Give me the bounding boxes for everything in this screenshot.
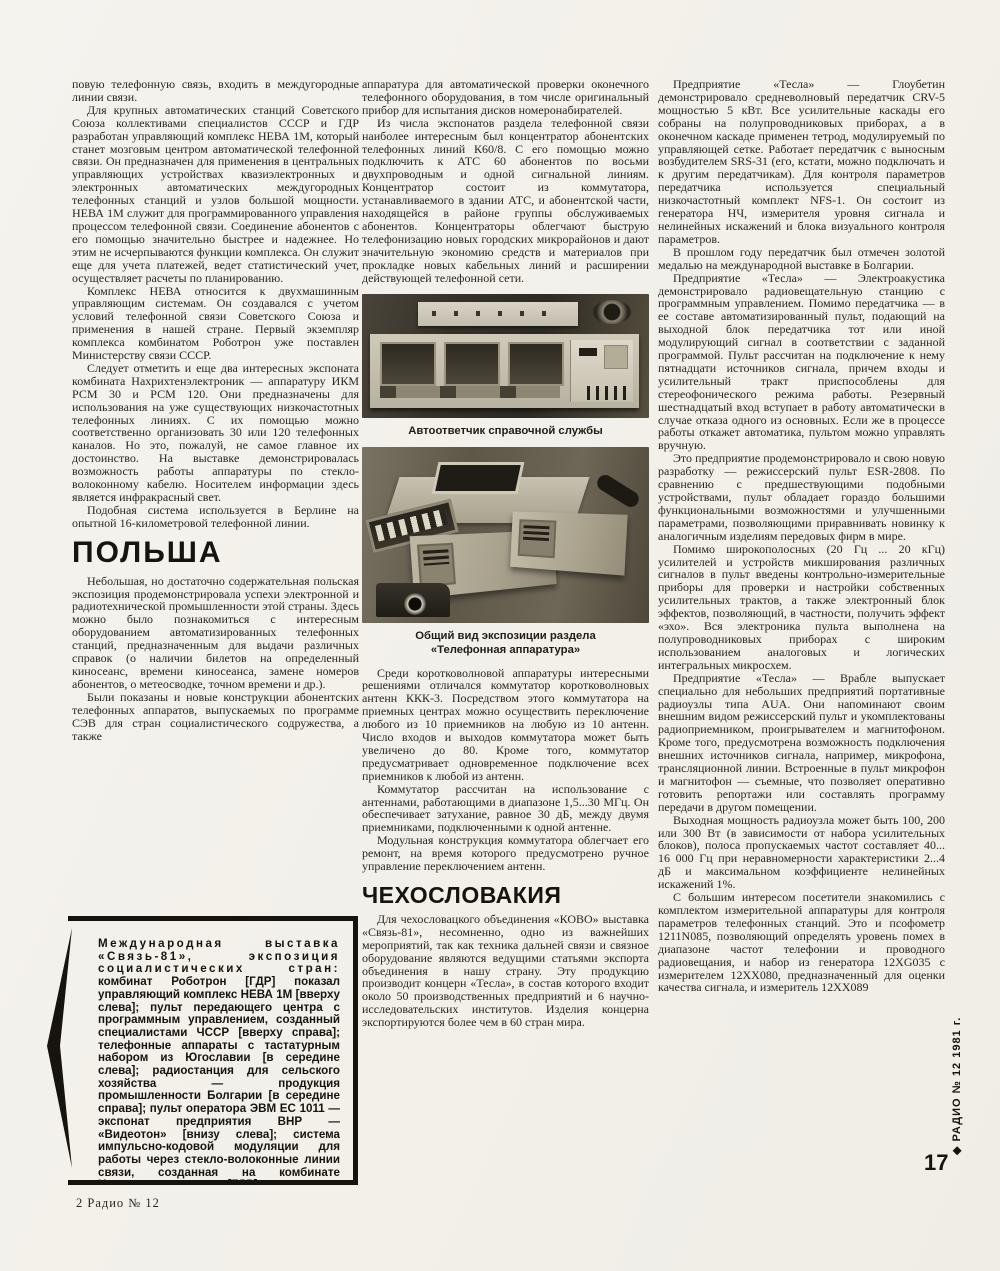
photo-detail [510,511,628,575]
caption-box-lead: Международная выставка «Связь-81», экспо… [98,937,340,975]
magazine-issue-vertical-label: ◆ РАДИО № 12 1981 г. [950,970,964,1155]
photo2-caption-line1: Общий вид экспозиции раздела [362,630,649,643]
photo-detail [508,342,564,386]
column-right: Предприятие «Тесла» — Глоубетин демонстр… [658,78,945,1183]
paragraph: Были показаны и новые конструкции абонен… [72,691,359,743]
photo-answering-machine [362,294,649,418]
photo-detail [435,465,521,491]
column-left: повую телефонную связь, входить в междуг… [72,78,359,910]
paragraph: В прошлом году передатчик был отмечен зо… [658,246,945,272]
photo-detail [587,386,631,400]
photo-detail [380,386,560,398]
paragraph: С большим интересом посетители знакомили… [658,891,945,994]
section-heading-poland: ПОЛЬША [72,547,359,560]
photo-detail [417,542,456,587]
caption-box-body: комбинат Роботрон [ГДР] показал управляю… [98,975,340,1185]
imprint-text: 2 Радио № 12 [76,1196,160,1211]
paragraph: Предприятие «Тесла» — Врабле выпускает с… [658,672,945,814]
paragraph: Предприятие «Тесла» — Электроакустика де… [658,272,945,453]
paragraph: Для чехословацкого объединения «КОВО» вы… [362,913,649,1029]
paragraph: Комплекс НЕВА относится к двухмашинным у… [72,285,359,362]
paragraph: Выходная мощность радиоузла может быть 1… [658,814,945,891]
photo-exhibition-overview [362,447,649,623]
photo-detail [370,334,639,408]
paragraph: Подобная система используется в Берлине … [72,504,359,530]
section-heading-czechoslovakia: ЧЕХОСЛОВАКИЯ [362,889,649,902]
magazine-page: повую телефонную связь, входить в междуг… [0,0,1000,1271]
paragraph: повую телефонную связь, входить в междуг… [72,78,359,104]
photo1-caption: Автоответчик справочной службы [362,425,649,438]
photo-detail [444,342,500,386]
column-middle: аппаратура для автоматической проверки о… [362,78,649,1213]
photo-detail [518,519,557,558]
paragraph: аппаратура для автоматической проверки о… [362,78,649,117]
paragraph: Из числа экспонатов раздела телефонной с… [362,117,649,285]
photo-detail [594,472,641,510]
paragraph: Небольшая, но достаточно содержательная … [72,575,359,691]
photo-detail [593,300,631,324]
paragraph: Помимо широкополосных (20 Гц ... 20 кГц)… [658,543,945,672]
photo-detail [404,593,426,615]
paragraph: Для крупных автоматических станций Совет… [72,104,359,285]
photo2-caption-line2: «Телефонная аппаратура» [362,644,649,657]
paragraph: Коммутатор рассчитан на использование с … [362,783,649,835]
paragraph: Среди коротковолновой аппаратуры интерес… [362,667,649,783]
paragraph: Предприятие «Тесла» — Глоубетин демонстр… [658,78,945,246]
photo-detail [380,342,436,386]
photo-detail [418,302,578,326]
page-number: 17 [924,1150,948,1176]
paragraph: Следует отметить и еще два интересных эк… [72,362,359,504]
paragraph: Модульная конструкция коммутатора облегч… [362,834,649,873]
exhibition-caption-box: Международная выставка «Связь-81», экспо… [68,916,358,1185]
paragraph: Это предприятие продемонстрировало и сво… [658,452,945,542]
